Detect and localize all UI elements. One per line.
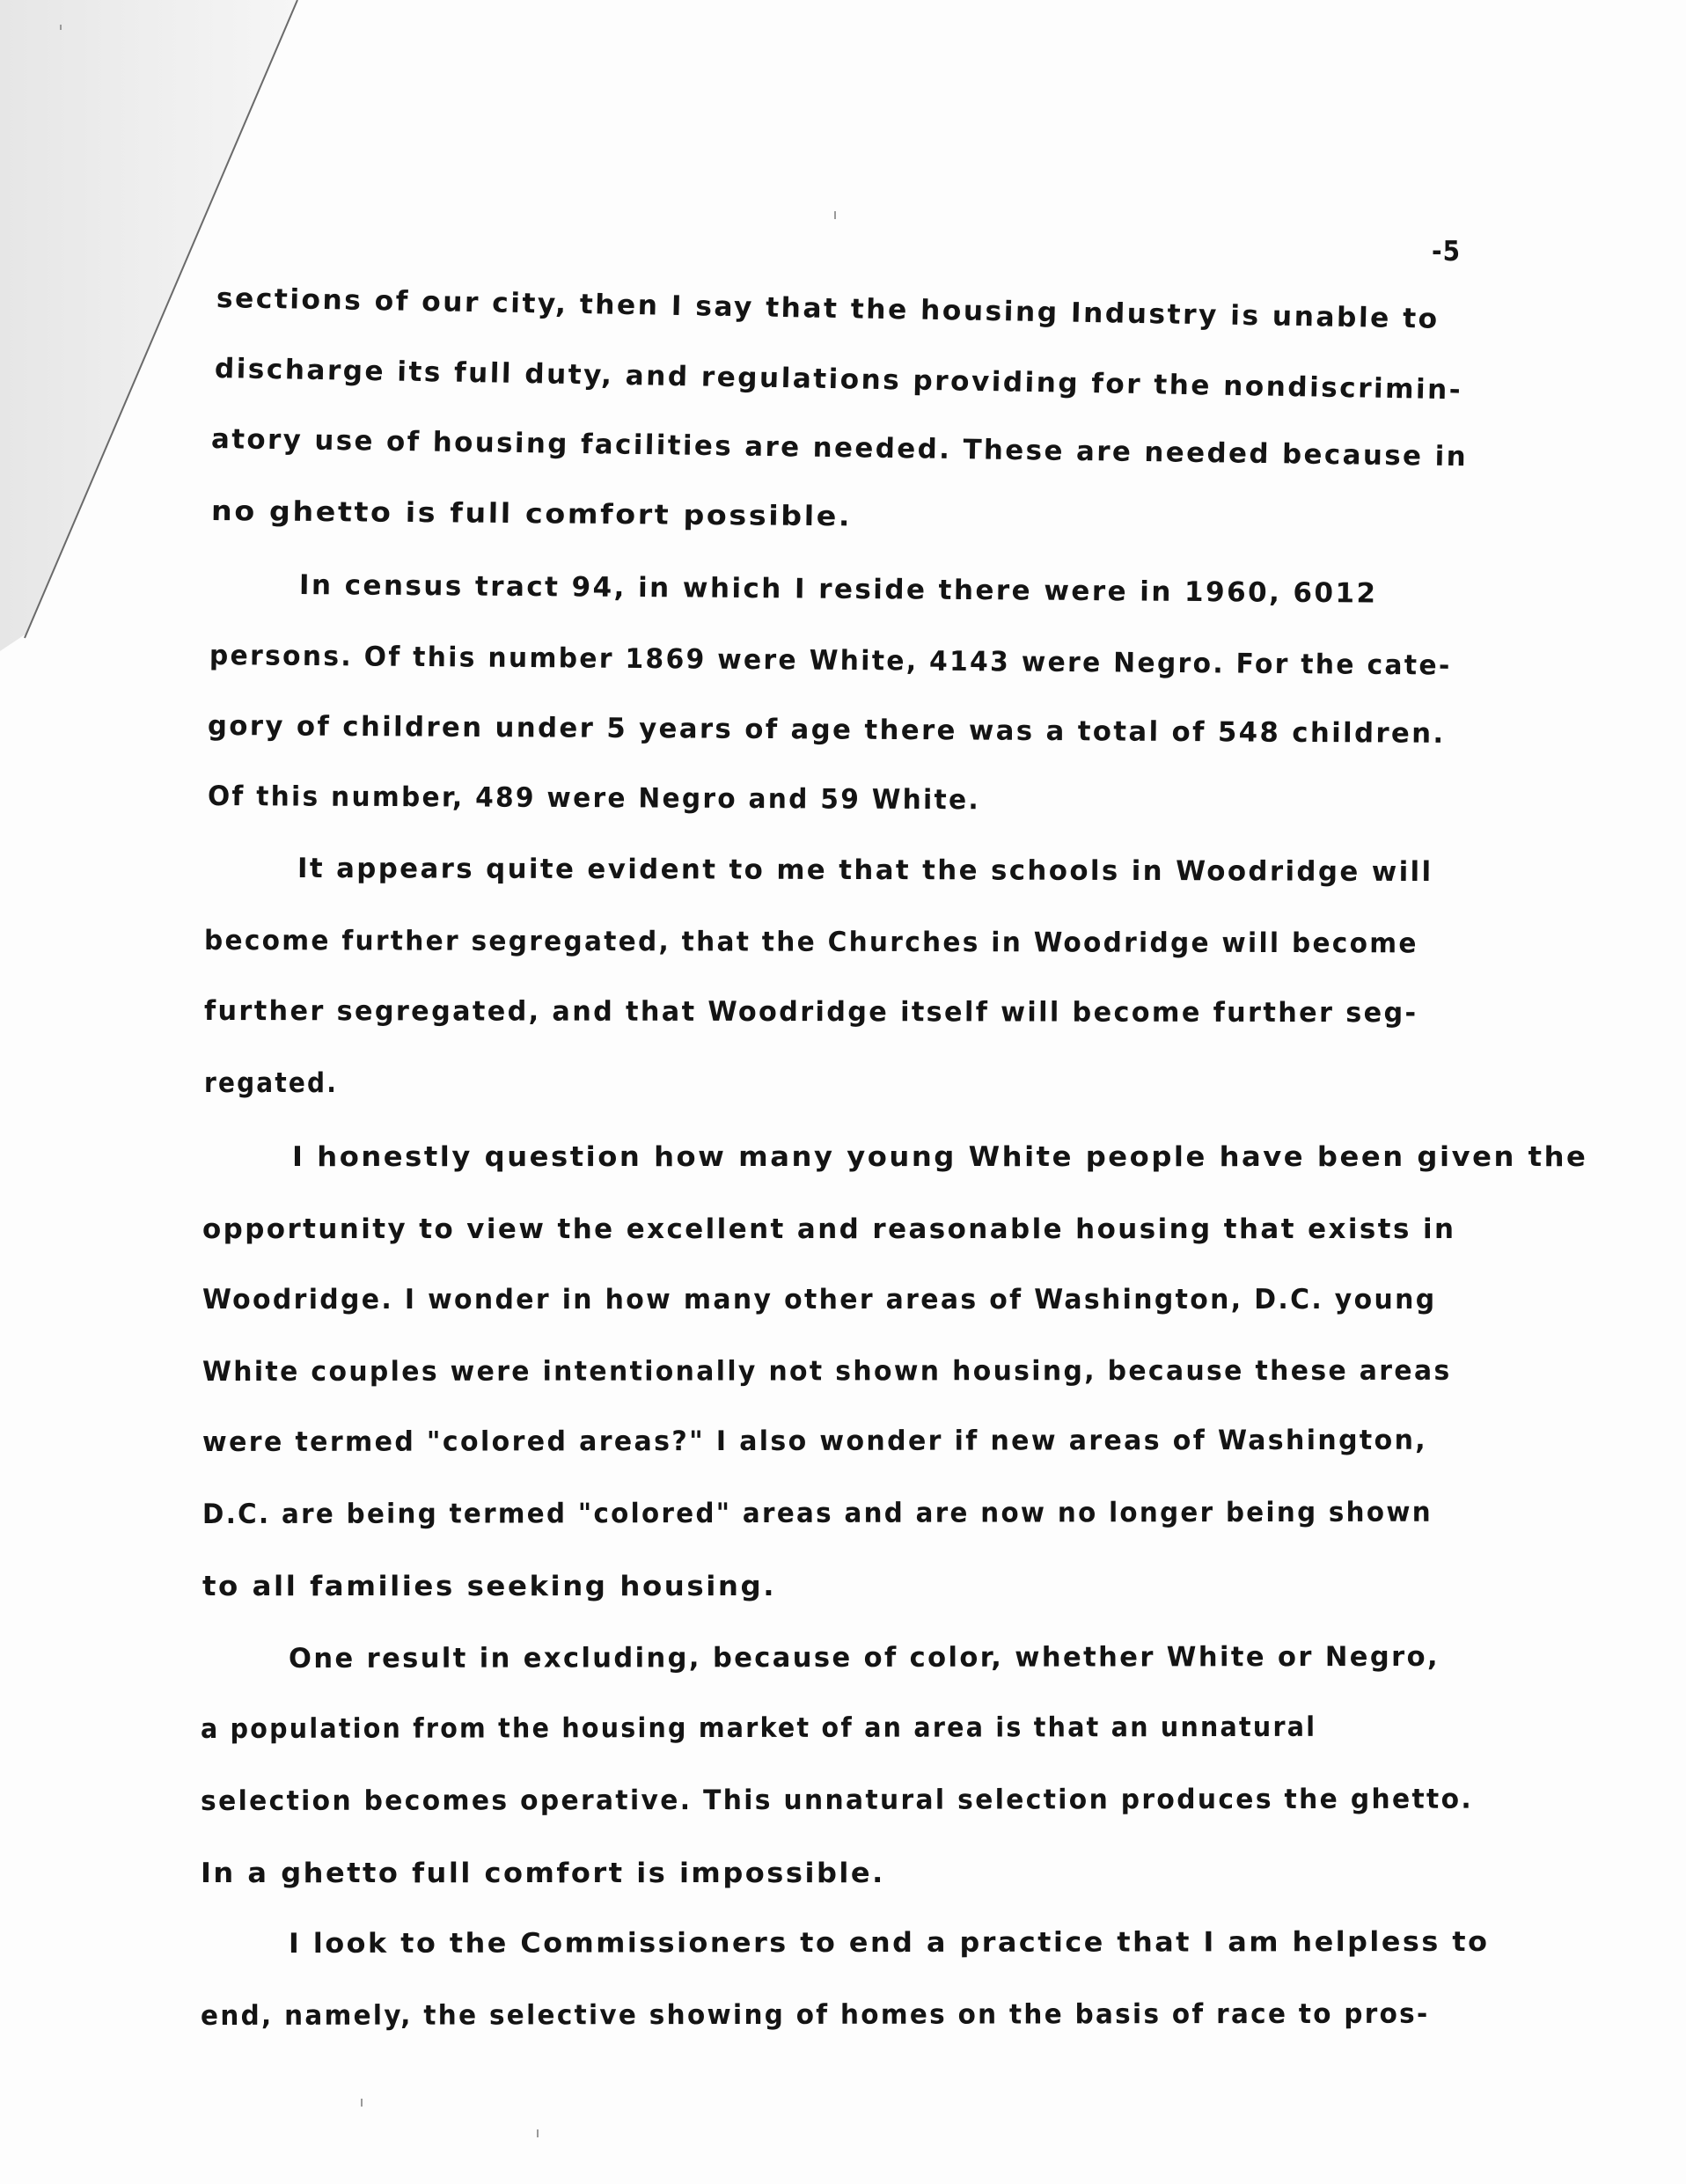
text-line: to all families seeking housing. bbox=[202, 1573, 776, 1601]
text-line: discharge its full duty, and regulations… bbox=[215, 355, 1463, 404]
text-line: White couples were intentionally not sho… bbox=[202, 1358, 1452, 1386]
scan-speck bbox=[361, 2099, 363, 2107]
document-page: -5 sections of our city, then I say that… bbox=[0, 0, 1686, 2184]
text-line: become further segregated, that the Chur… bbox=[204, 927, 1418, 957]
text-line: gory of children under 5 years of age th… bbox=[208, 713, 1446, 748]
text-line: selection becomes operative. This unnatu… bbox=[201, 1786, 1473, 1815]
text-line: It appears quite evident to me that the … bbox=[297, 855, 1433, 886]
text-line: were termed "colored areas?" I also wond… bbox=[202, 1427, 1427, 1456]
text-line: persons. Of this number 1869 were White,… bbox=[209, 642, 1452, 680]
text-line: no ghetto is full comfort possible. bbox=[211, 498, 853, 531]
text-line: Of this number, 489 were Negro and 59 Wh… bbox=[208, 783, 980, 814]
text-line: atory use of housing facilities are need… bbox=[211, 426, 1469, 471]
text-line: a population from the housing market of … bbox=[201, 1714, 1316, 1743]
text-line: opportunity to view the excellent and re… bbox=[202, 1216, 1455, 1243]
text-line: One result in excluding, because of colo… bbox=[289, 1644, 1440, 1673]
scan-speck bbox=[537, 2129, 539, 2137]
text-line: regated. bbox=[204, 1070, 338, 1097]
text-line: sections of our city, then I say that th… bbox=[216, 285, 1440, 333]
paper-fold-shadow bbox=[0, 0, 352, 792]
text-line: D.C. are being termed "colored" areas an… bbox=[202, 1499, 1433, 1528]
scan-speck bbox=[60, 25, 62, 30]
text-line: I look to the Commissioners to end a pra… bbox=[289, 1929, 1489, 1958]
text-line: further segregated, and that Woodridge i… bbox=[204, 998, 1418, 1027]
text-line: In a ghetto full comfort is impossible. bbox=[201, 1860, 885, 1887]
text-line: In census tract 94, in which I reside th… bbox=[299, 572, 1378, 608]
text-line: I honestly question how many young White… bbox=[292, 1144, 1587, 1171]
text-line: end, namely, the selective showing of ho… bbox=[201, 2001, 1430, 2030]
text-line: Woodridge. I wonder in how many other ar… bbox=[202, 1286, 1437, 1314]
page-number: -5 bbox=[1432, 236, 1461, 268]
scan-speck bbox=[834, 211, 836, 219]
